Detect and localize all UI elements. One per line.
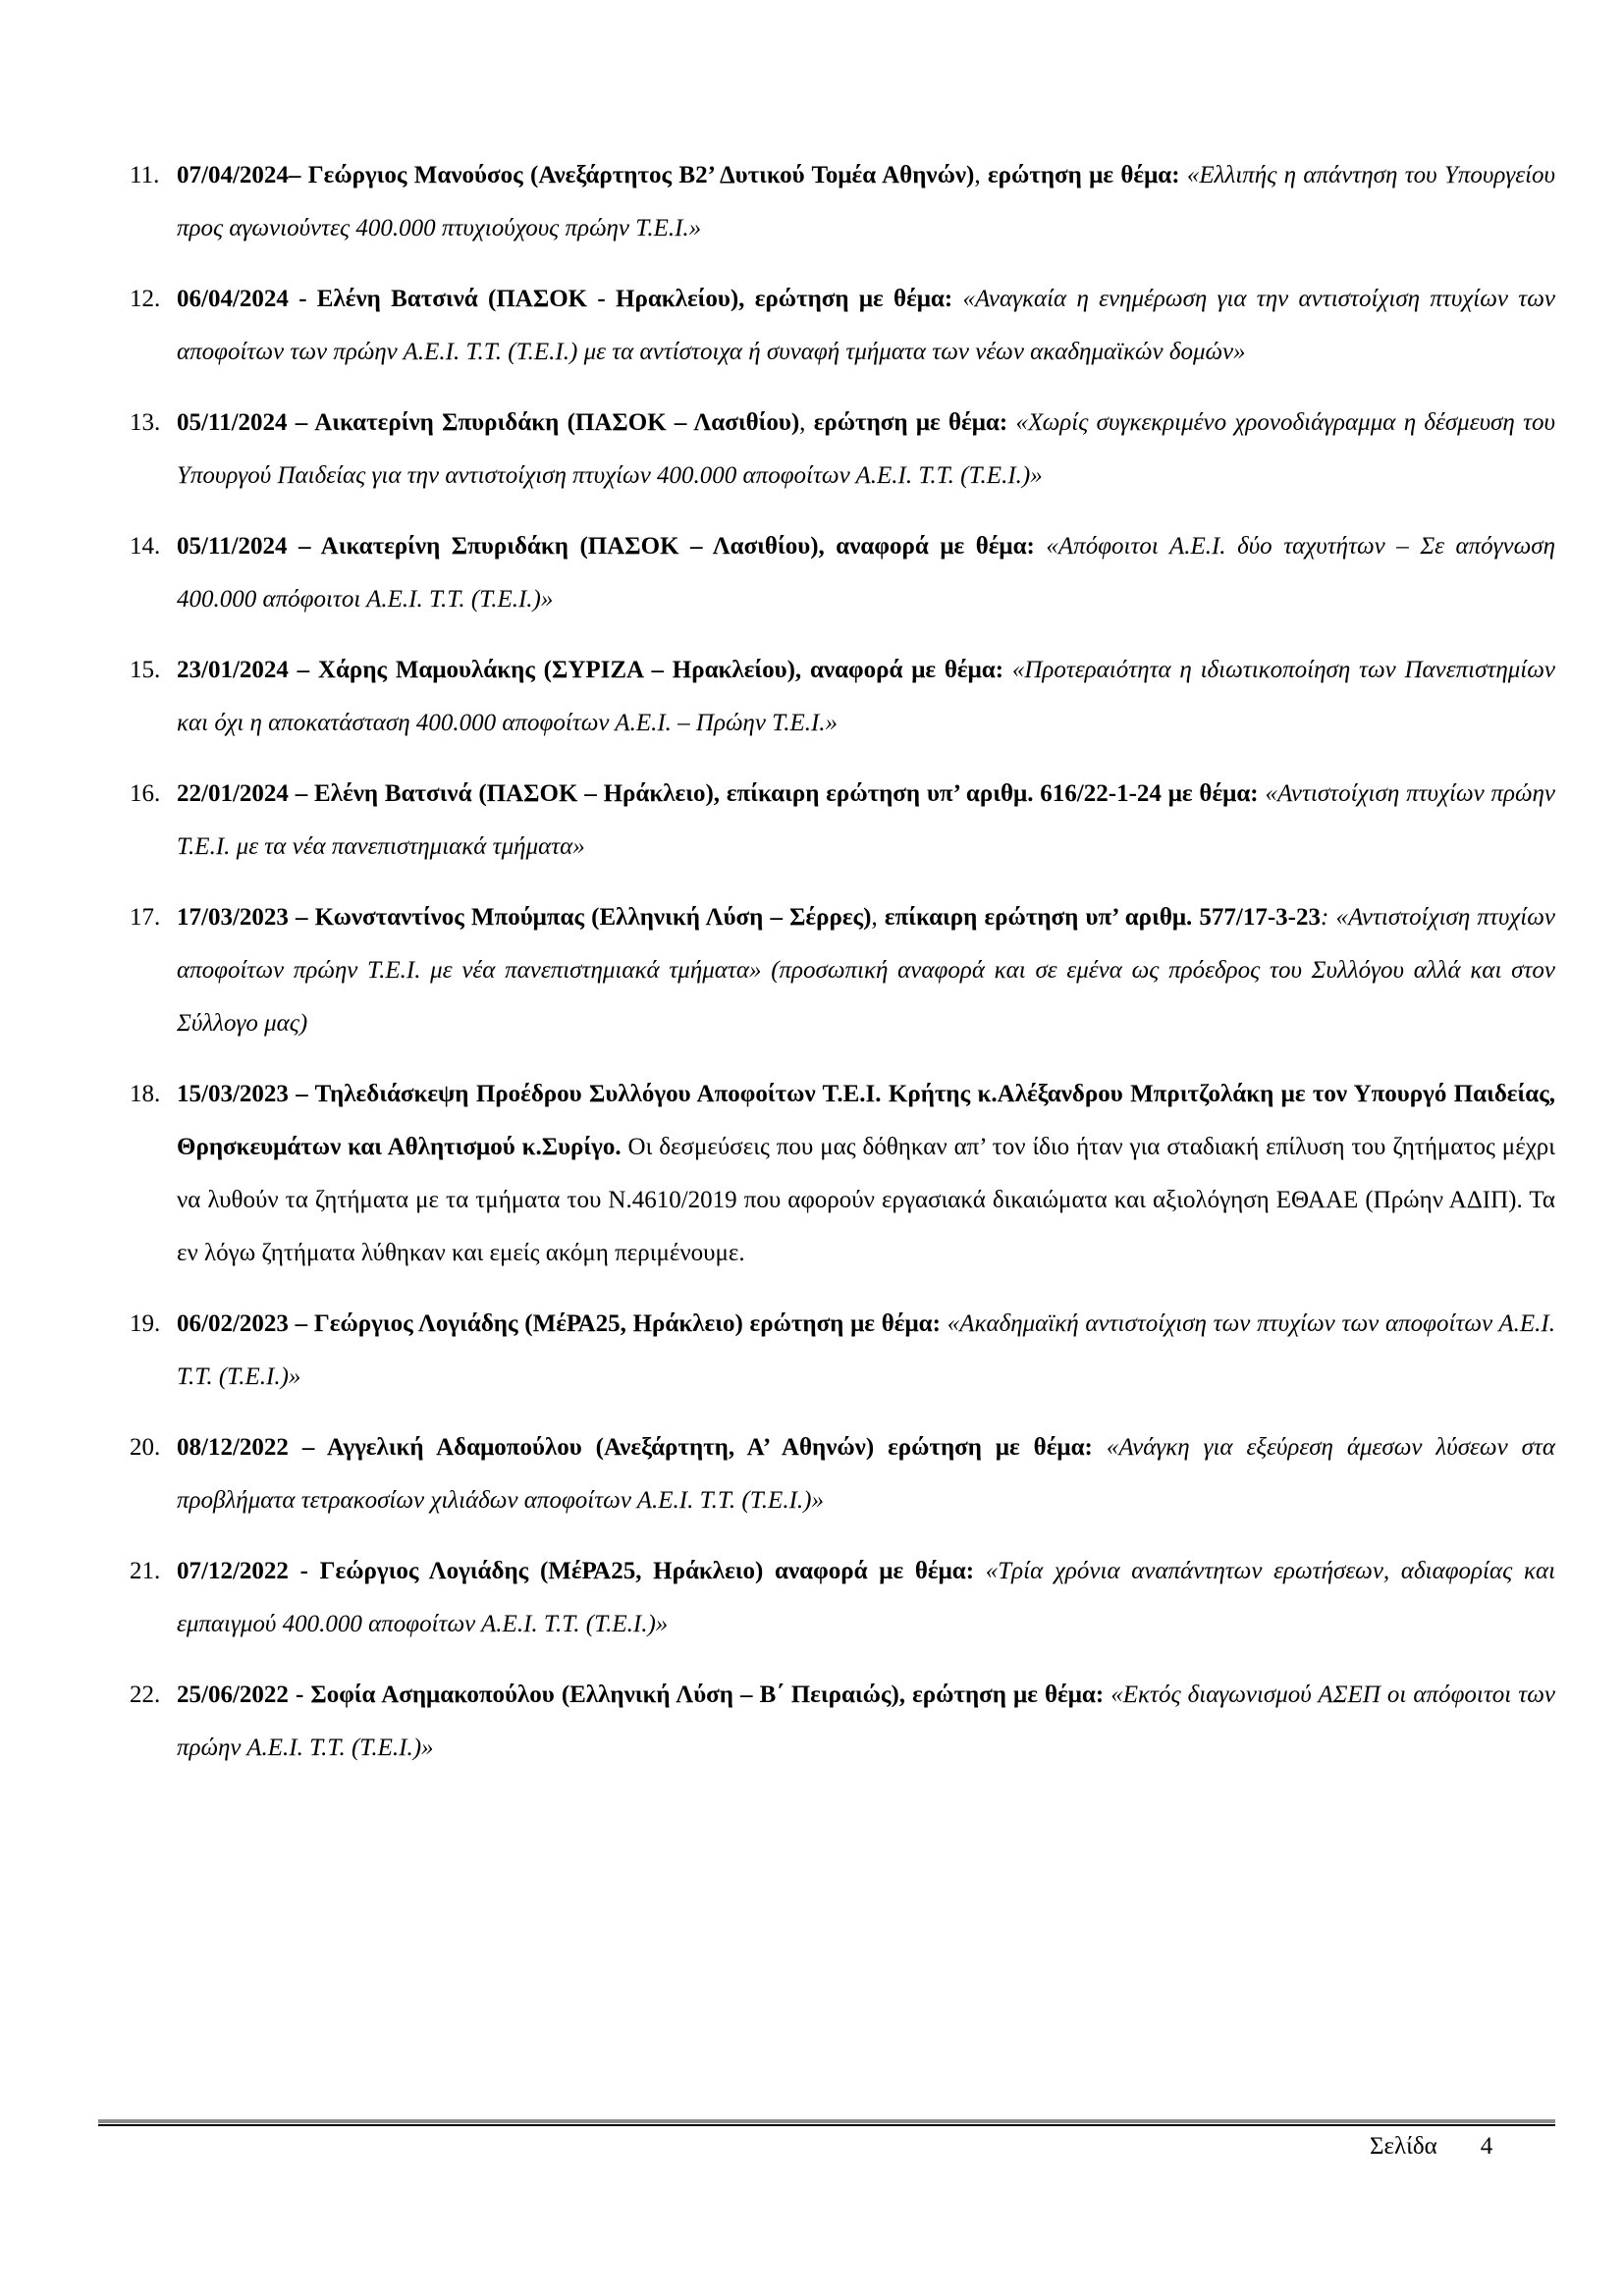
item-lead: 25/06/2022 - Σοφία Ασημακοπούλου (Ελληνι… — [177, 1682, 1104, 1708]
list-item: 11.07/04/2024– Γεώργιος Μανούσος (Ανεξάρ… — [130, 149, 1555, 255]
item-number: 11. — [130, 149, 159, 202]
item-number: 16. — [130, 768, 160, 821]
item-lead: 08/12/2022 – Αγγελική Αδαμοπούλου (Ανεξά… — [177, 1434, 1093, 1461]
item-number: 14. — [130, 520, 160, 573]
page-number: 4 — [1481, 2133, 1493, 2160]
list-item: 21.07/12/2022 - Γεώργιος Λογιάδης (ΜέΡΑ2… — [130, 1545, 1555, 1651]
item-connector — [941, 1310, 947, 1337]
item-lead: 06/04/2024 - Ελένη Βατσινά (ΠΑΣΟΚ - Ηρακ… — [177, 286, 952, 312]
item-lead: 23/01/2024 – Χάρης Μαμουλάκης (ΣΥΡΙΖΑ – … — [177, 657, 1003, 683]
item-connector — [974, 1558, 986, 1584]
item-number: 21. — [130, 1545, 160, 1598]
item-number: 18. — [130, 1068, 160, 1121]
item-number: 19. — [130, 1298, 160, 1351]
item-number: 15. — [130, 644, 160, 697]
list-item: 12.06/04/2024 - Ελένη Βατσινά (ΠΑΣΟΚ - Η… — [130, 273, 1555, 379]
item-number: 20. — [130, 1421, 160, 1474]
page-label: Σελίδα — [1370, 2133, 1437, 2160]
footer-divider-thin — [98, 2124, 1555, 2126]
item-lead: 05/11/2024 – Αικατερίνη Σπυριδάκη (ΠΑΣΟΚ… — [177, 533, 1035, 560]
item-lead: 05/11/2024 – Αικατερίνη Σπυριδάκη (ΠΑΣΟΚ… — [177, 409, 799, 436]
document-body: 11.07/04/2024– Γεώργιος Μανούσος (Ανεξάρ… — [130, 149, 1555, 1792]
item-lead: 07/04/2024– Γεώργιος Μανούσος (Ανεξάρτητ… — [177, 162, 974, 188]
item-connector: , — [799, 409, 814, 436]
page-footer: Σελίδα4 — [1370, 2130, 1492, 2163]
list-item: 20.08/12/2022 – Αγγελική Αδαμοπούλου (Αν… — [130, 1421, 1555, 1527]
item-number: 13. — [130, 397, 160, 450]
item-connector: , — [871, 904, 884, 931]
item-connector: , — [974, 162, 988, 188]
item-type: ερώτηση με θέμα: — [814, 409, 1007, 436]
list-item: 17.17/03/2023 – Κωνσταντίνος Μπούμπας (Ε… — [130, 891, 1555, 1050]
item-type: επίκαιρη ερώτηση υπ’ αριθμ. 577/17-3-23 — [885, 904, 1321, 931]
item-lead: 06/02/2023 – Γεώργιος Λογιάδης (ΜέΡΑ25, … — [177, 1310, 941, 1337]
item-lead: 07/12/2022 - Γεώργιος Λογιάδης (ΜέΡΑ25, … — [177, 1558, 974, 1584]
item-connector — [1035, 533, 1047, 560]
item-type: ερώτηση με θέμα: — [988, 162, 1180, 188]
list-item: 19.06/02/2023 – Γεώργιος Λογιάδης (ΜέΡΑ2… — [130, 1298, 1555, 1404]
list-item: 22.25/06/2022 - Σοφία Ασημακοπούλου (Ελλ… — [130, 1669, 1555, 1775]
item-number: 22. — [130, 1669, 160, 1722]
list-item: 13.05/11/2024 – Αικατερίνη Σπυριδάκη (ΠΑ… — [130, 397, 1555, 503]
list-item: 18.15/03/2023 – Τηλεδιάσκεψη Προέδρου Συ… — [130, 1068, 1555, 1280]
item-number: 17. — [130, 891, 160, 944]
item-lead: 22/01/2024 – Ελένη Βατσινά (ΠΑΣΟΚ – Ηράκ… — [177, 780, 1259, 807]
list-item: 15.23/01/2024 – Χάρης Μαμουλάκης (ΣΥΡΙΖΑ… — [130, 644, 1555, 750]
item-connector — [1093, 1434, 1107, 1461]
item-connector — [1003, 657, 1012, 683]
item-connector — [622, 1134, 628, 1160]
item-connector — [952, 286, 962, 312]
item-lead: 17/03/2023 – Κωνσταντίνος Μπούμπας (Ελλη… — [177, 904, 871, 931]
footer-divider-thick — [98, 2119, 1555, 2123]
footer-divider — [98, 2119, 1555, 2126]
list-item: 16.22/01/2024 – Ελένη Βατσινά (ΠΑΣΟΚ – Η… — [130, 768, 1555, 874]
list-item: 14.05/11/2024 – Αικατερίνη Σπυριδάκη (ΠΑ… — [130, 520, 1555, 626]
item-number: 12. — [130, 273, 160, 326]
